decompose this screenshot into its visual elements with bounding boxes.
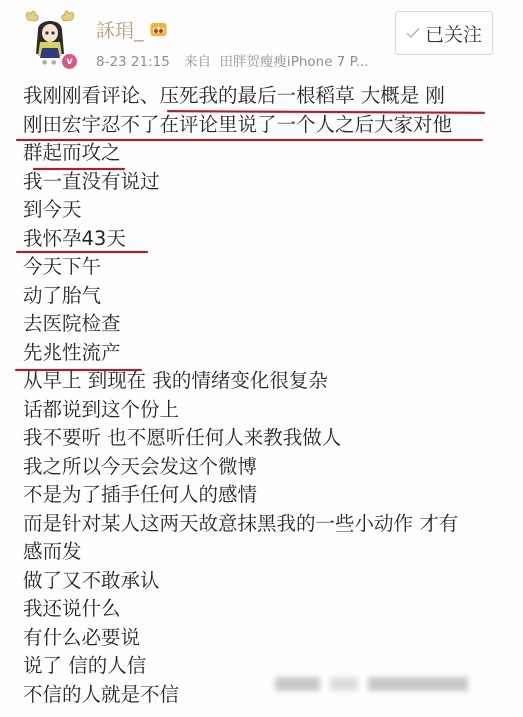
highlight-underline [16,139,483,141]
highlight-underline [15,369,142,371]
post-line: 先兆性流产 [23,339,503,368]
post-line: 群起而攻之 [23,139,503,168]
check-icon [406,27,420,39]
post-line: 我不要听 也不愿听任何人来教我做人 [23,424,503,453]
following-button[interactable]: 已关注 [395,11,493,55]
highlight-underline [16,251,148,253]
post-line: 从早上 到现在 我的情绪变化很复杂 [23,367,503,396]
post-line: 刚田宏宇忍不了在评论里说了一个人之后大家对他 [23,111,503,140]
crown-icon [150,22,167,37]
username-text: 訸琄_ [96,16,144,43]
post-line: 今天下午 [23,253,503,282]
post-line: 去医院检查 [23,310,503,339]
post-line: 做了又不敢承认 [23,567,503,596]
post-line: 到今天 [23,196,503,225]
post-line: 而是针对某人这两天故意抹黑我的一些小动作 才有 [23,510,503,539]
post-line: 有什么必要说 [23,624,503,653]
post-text: 我刚刚看评论、压死我的最后一根稻草 大概是 刚 刚田宏宇忍不了在评论里说了一个人… [23,82,503,709]
from-label: 来自 [184,54,211,70]
highlight-underline [33,168,125,170]
source-client-link[interactable]: 田胖贺瘦瘦iPhone 7 P... [219,54,368,70]
post-header: ● ● v 訸琄_ 8-23 21:15 来自 田胖贺瘦瘦iPhone 7 P.… [0,0,523,80]
post-line: 我怀孕43天 [23,225,503,254]
blurred-watermark [275,672,493,696]
post-line: 不是为了插手任何人的感情 [23,481,503,510]
post-line: 感而发 [23,538,503,567]
username[interactable]: 訸琄_ [96,16,167,43]
post-line: 我一直没有说过 [23,168,503,197]
timestamp: 8-23 21:15 [96,54,170,70]
level-dots: ● ● [42,59,57,66]
post-line: 我刚刚看评论、压死我的最后一根稻草 大概是 刚 [23,82,503,111]
verified-v-icon: v [62,54,77,69]
post-line: 我之所以今天会发这个微博 [23,453,503,482]
post-line: 动了胎气 [23,282,503,311]
following-label: 已关注 [425,20,482,47]
post-line: 我还说什么 [23,595,503,624]
post-meta: 8-23 21:15 来自 田胖贺瘦瘦iPhone 7 P... [96,50,369,70]
post-line: 话都说到这个份上 [23,396,503,425]
